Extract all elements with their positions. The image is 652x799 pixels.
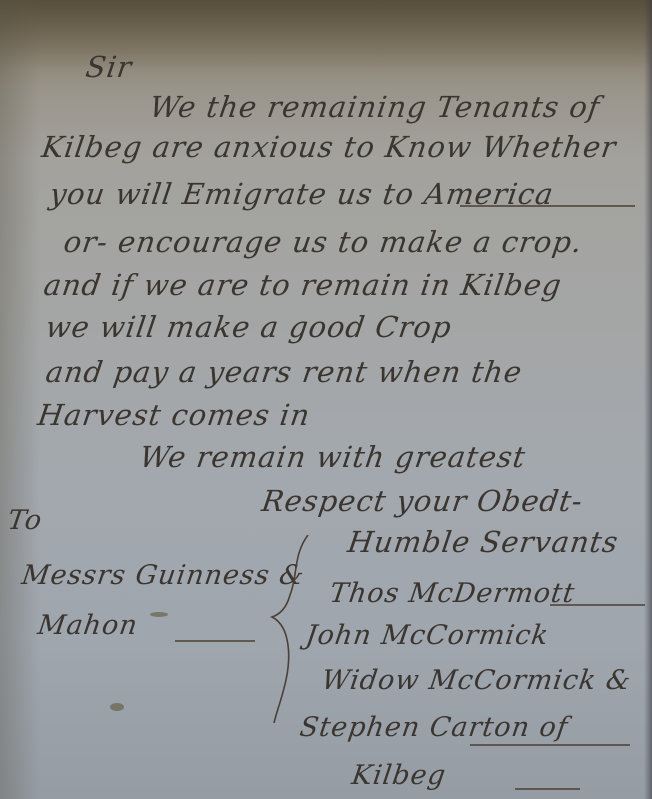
closing-line-1: We remain with greatest bbox=[138, 440, 528, 474]
ink-stain bbox=[150, 612, 168, 617]
signatory-1: Thos McDermott bbox=[328, 578, 577, 609]
signatory-3: Widow McCormick & bbox=[320, 665, 633, 696]
underline-kilbeg bbox=[515, 788, 580, 790]
addressee-line-2: Mahon bbox=[36, 610, 140, 641]
body-line-2: Kilbeg are anxious to Know Whether bbox=[40, 130, 619, 164]
body-line-5: and if we are to remain in Kilbeg bbox=[42, 268, 564, 302]
signatory-2: John McCormick bbox=[304, 620, 551, 651]
right-edge bbox=[644, 0, 652, 799]
closing-line-2: Respect your Obedt- bbox=[260, 484, 586, 518]
body-line-1: We the remaining Tenants of bbox=[148, 90, 603, 124]
body-line-8: Harvest comes in bbox=[36, 398, 313, 432]
body-line-6: we will make a good Crop bbox=[44, 310, 454, 344]
addressee-line-1: Messrs Guinness & bbox=[20, 560, 307, 591]
underline-america bbox=[460, 205, 635, 207]
left-shadow bbox=[0, 0, 40, 799]
body-line-7: and pay a years rent when the bbox=[44, 355, 525, 389]
letter-sheet: Sir We the remaining Tenants of Kilbeg a… bbox=[0, 0, 652, 799]
ink-stain bbox=[110, 703, 124, 711]
closing-line-3: Humble Servants bbox=[346, 525, 621, 559]
underline-signatory-4 bbox=[470, 744, 630, 746]
body-line-4: or- encourage us to make a crop. bbox=[62, 225, 585, 259]
underline-signatory-1 bbox=[550, 604, 645, 606]
signatory-4: Stephen Carton of bbox=[298, 712, 570, 743]
signatory-5: Kilbeg bbox=[350, 760, 448, 791]
underline-mahon bbox=[175, 640, 255, 642]
salutation: Sir bbox=[84, 50, 135, 84]
to-label: To bbox=[6, 505, 45, 536]
